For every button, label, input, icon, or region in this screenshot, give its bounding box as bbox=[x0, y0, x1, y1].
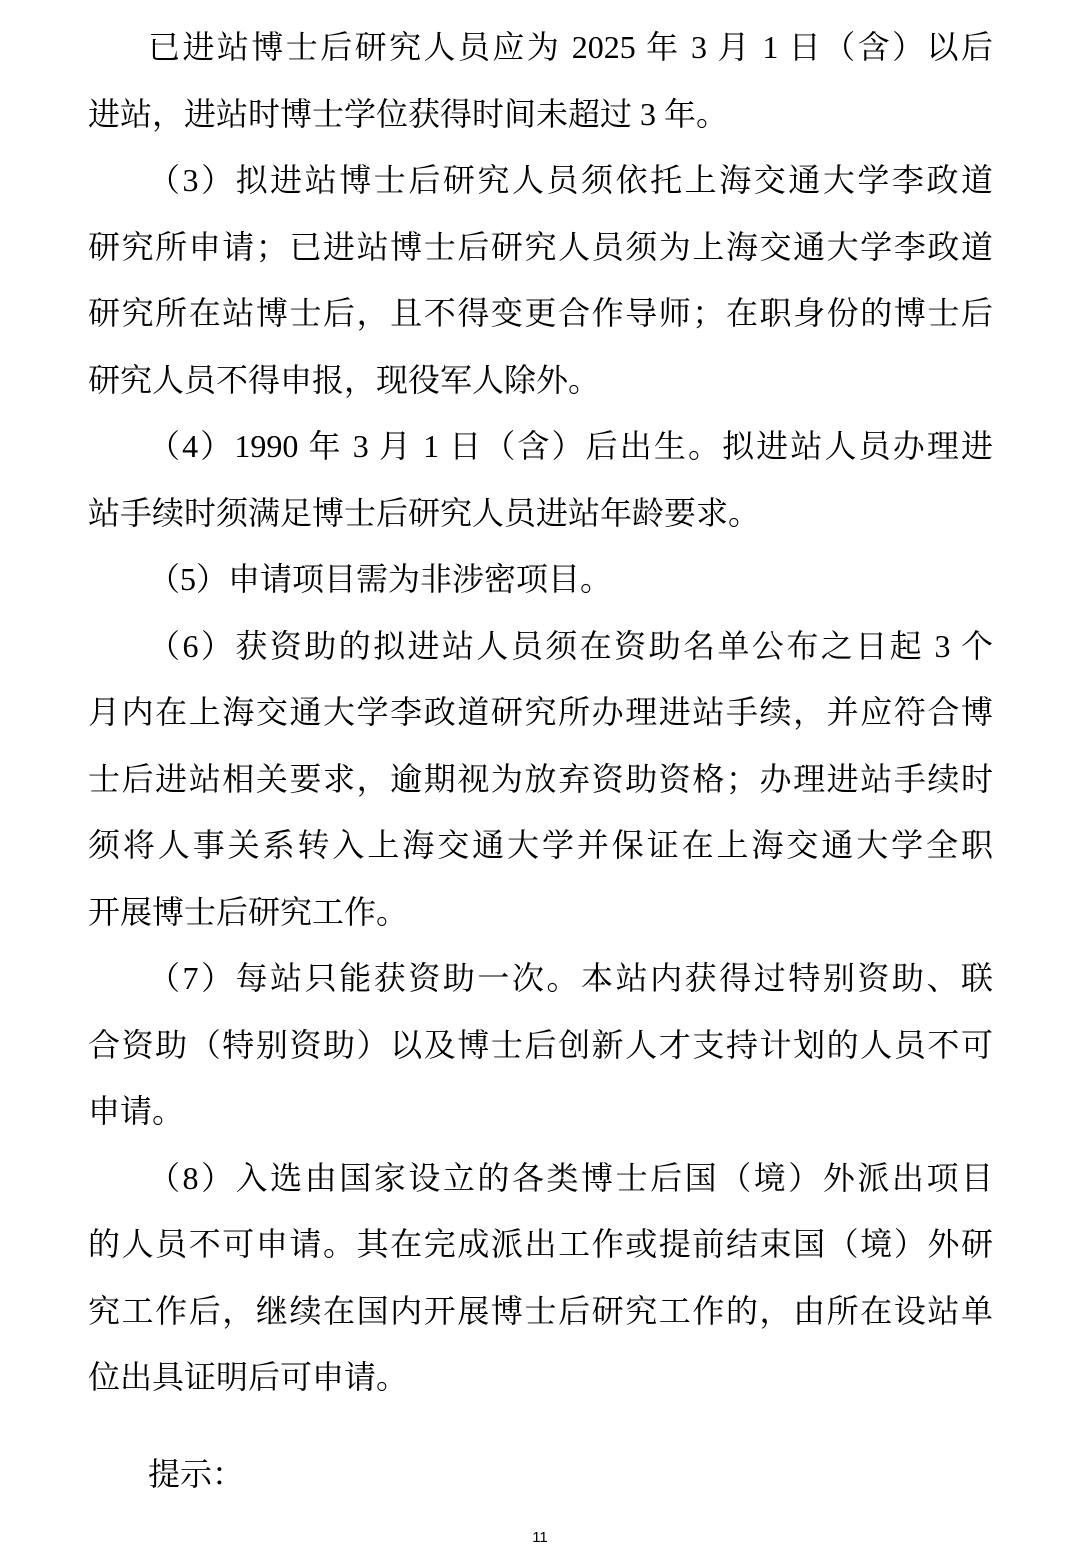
text-line: （5）申请项目需为非涉密项目。 bbox=[88, 546, 993, 613]
text-line: 位出具证明后可申请。 bbox=[88, 1344, 993, 1411]
text-line: 已进站博士后研究人员应为 2025 年 3 月 1 日（含）以后 bbox=[88, 14, 993, 81]
text-line: 申请。 bbox=[88, 1078, 993, 1145]
text-line: （8）入选由国家设立的各类博士后国（境）外派出项目 bbox=[88, 1145, 993, 1212]
document-page: 已进站博士后研究人员应为 2025 年 3 月 1 日（含）以后 进站，进站时博… bbox=[0, 0, 1080, 1548]
page-number: 11 bbox=[0, 1529, 1080, 1547]
text-line: 士后进站相关要求，逾期视为放弃资助资格；办理进站手续时 bbox=[88, 746, 993, 813]
text-line: （7）每站只能获资助一次。本站内获得过特别资助、联 bbox=[88, 945, 993, 1012]
text-line: 月内在上海交通大学李政道研究所办理进站手续，并应符合博 bbox=[88, 679, 993, 746]
paragraph-item-4: （4）1990 年 3 月 1 日（含）后出生。拟进站人员办理进 站手续时须满足… bbox=[88, 413, 993, 546]
paragraph-item-7: （7）每站只能获资助一次。本站内获得过特别资助、联 合资助（特别资助）以及博士后… bbox=[88, 945, 993, 1145]
text-line: 究工作后，继续在国内开展博士后研究工作的，由所在设站单 bbox=[88, 1278, 993, 1345]
text-line: （3）拟进站博士后研究人员须依托上海交通大学李政道 bbox=[88, 147, 993, 214]
text-line: 合资助（特别资助）以及博士后创新人才支持计划的人员不可 bbox=[88, 1012, 993, 1079]
paragraph-continuation: 已进站博士后研究人员应为 2025 年 3 月 1 日（含）以后 进站，进站时博… bbox=[88, 14, 993, 147]
text-line: （6）获资助的拟进站人员须在资助名单公布之日起 3 个 bbox=[88, 613, 993, 680]
note-label: 提示： bbox=[88, 1441, 993, 1508]
text-line: 研究所申请；已进站博士后研究人员须为上海交通大学李政道 bbox=[88, 214, 993, 281]
paragraph-note: 提示： bbox=[88, 1441, 993, 1508]
paragraph-item-6: （6）获资助的拟进站人员须在资助名单公布之日起 3 个 月内在上海交通大学李政道… bbox=[88, 613, 993, 946]
paragraph-item-8: （8）入选由国家设立的各类博士后国（境）外派出项目 的人员不可申请。其在完成派出… bbox=[88, 1145, 993, 1411]
text-line: 研究所在站博士后，且不得变更合作导师；在职身份的博士后 bbox=[88, 280, 993, 347]
text-line: 开展博士后研究工作。 bbox=[88, 879, 993, 946]
text-line: 须将人事关系转入上海交通大学并保证在上海交通大学全职 bbox=[88, 812, 993, 879]
text-line: 进站，进站时博士学位获得时间未超过 3 年。 bbox=[88, 81, 993, 148]
text-line: 的人员不可申请。其在完成派出工作或提前结束国（境）外研 bbox=[88, 1211, 993, 1278]
paragraph-item-5: （5）申请项目需为非涉密项目。 bbox=[88, 546, 993, 613]
text-line: （4）1990 年 3 月 1 日（含）后出生。拟进站人员办理进 bbox=[88, 413, 993, 480]
text-line: 研究人员不得申报，现役军人除外。 bbox=[88, 347, 993, 414]
text-line: 站手续时须满足博士后研究人员进站年龄要求。 bbox=[88, 480, 993, 547]
paragraph-item-3: （3）拟进站博士后研究人员须依托上海交通大学李政道 研究所申请；已进站博士后研究… bbox=[88, 147, 993, 413]
